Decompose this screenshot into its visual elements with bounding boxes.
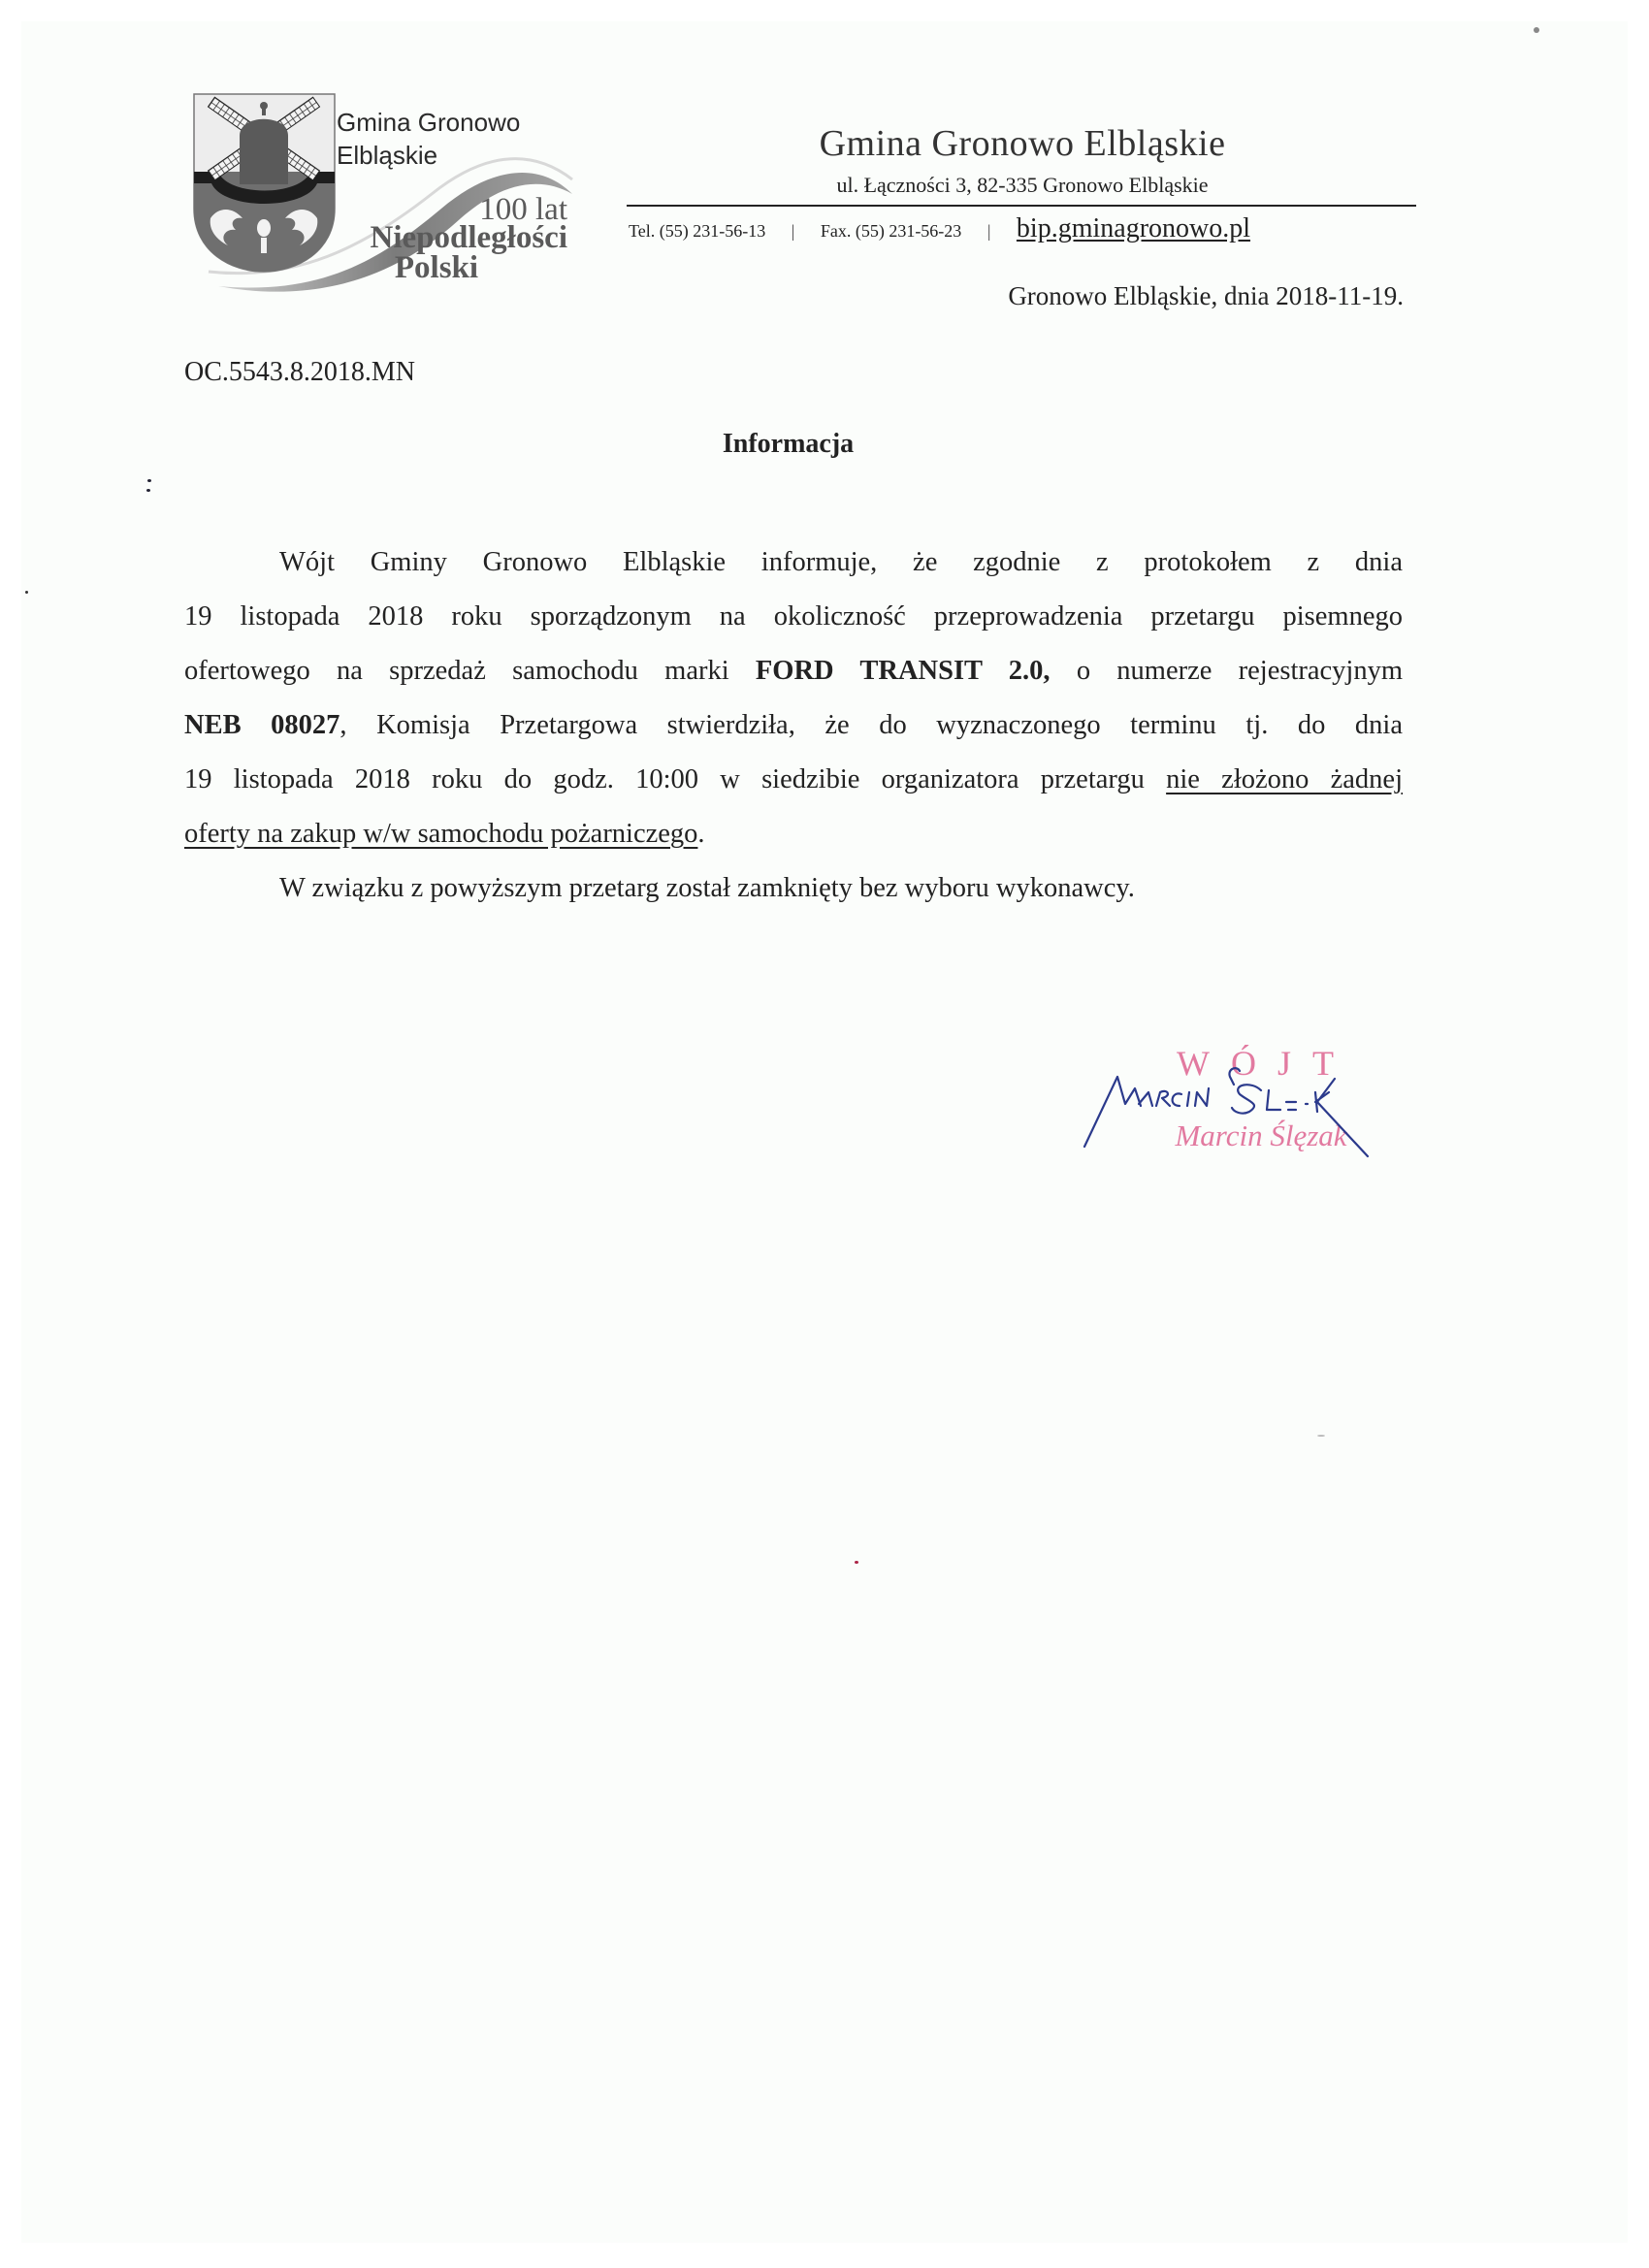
registration-number: NEB 08027 xyxy=(184,710,339,740)
body-text: ofertowego na sprzedaż samochodu marki xyxy=(184,656,729,686)
separator: | xyxy=(792,221,795,242)
key-statement-part-2: oferty na zakup w/w samochodu pożarnicze… xyxy=(184,819,697,849)
document-date: Gronowo Elbląskie, dnia 2018-11-19. xyxy=(1008,281,1404,311)
separator: | xyxy=(987,221,991,242)
letterhead-contacts: Tel. (55) 231-56-13 | Fax. (55) 231-56-2… xyxy=(629,213,1420,244)
website-link[interactable]: bip.gminagronowo.pl xyxy=(1017,213,1250,244)
scan-speck xyxy=(1317,1435,1325,1437)
paragraph-1: Wójt Gminy Gronowo Elbląskie informuje, … xyxy=(184,535,1403,861)
body-text: o numerze rejestracyjnym xyxy=(1077,656,1403,686)
body-text: . xyxy=(697,819,704,849)
scan-speck xyxy=(25,591,28,594)
body-text: 19 listopada 2018 roku do godz. 10:00 w … xyxy=(184,764,1145,794)
logo-name-line-1: Gmina Gronowo xyxy=(337,106,569,139)
logo-municipality-name: Gmina Gronowo Elbląskie xyxy=(337,106,569,172)
body-line: oferty na zakup w/w samochodu pożarnicze… xyxy=(184,807,1403,861)
body-line: 19 listopada 2018 roku sporządzonym na o… xyxy=(184,590,1403,644)
logo-anniversary-line-3: Polski xyxy=(373,251,500,284)
letterhead-address: ul. Łączności 3, 82-335 Gronowo Elbląski… xyxy=(629,173,1416,198)
scan-speck xyxy=(855,1561,858,1564)
vehicle-model: FORD TRANSIT 2.0, xyxy=(756,656,1051,686)
scan-speck xyxy=(1534,27,1539,33)
letterhead-title: Gmina Gronowo Elbląskie xyxy=(629,122,1416,165)
logo-anniversary-line-2: Niepodległości xyxy=(359,221,567,254)
scan-speck xyxy=(146,489,150,492)
scan-speck xyxy=(147,479,151,482)
municipality-logo: Gmina Gronowo Elbląskie 100 lat Niepodle… xyxy=(189,92,577,306)
fax-number: Fax. (55) 231-56-23 xyxy=(821,221,961,242)
document-body: Wójt Gminy Gronowo Elbląskie informuje, … xyxy=(184,535,1403,916)
letterhead-divider xyxy=(627,205,1416,207)
logo-name-line-2: Elbląskie xyxy=(337,139,569,172)
body-text: , Komisja Przetargowa stwierdziła, że do… xyxy=(339,710,1403,740)
body-line: 19 listopada 2018 roku do godz. 10:00 w … xyxy=(184,753,1403,807)
document-title: Informacja xyxy=(0,429,1576,460)
body-line: W związku z powyższym przetarg został za… xyxy=(184,861,1403,916)
phone-number: Tel. (55) 231-56-13 xyxy=(629,221,765,242)
body-line: Wójt Gminy Gronowo Elbląskie informuje, … xyxy=(184,535,1403,590)
reference-number: OC.5543.8.2018.MN xyxy=(184,357,415,388)
handwritten-signature-icon xyxy=(1067,1028,1436,1174)
paragraph-2: W związku z powyższym przetarg został za… xyxy=(184,861,1403,916)
body-line: NEB 08027, Komisja Przetargowa stwierdzi… xyxy=(184,698,1403,753)
body-line: ofertowego na sprzedaż samochodu marki F… xyxy=(184,644,1403,698)
key-statement-part-1: nie złożono żadnej xyxy=(1166,764,1403,794)
signature-stamp: WÓJT Marcin Ślęzak xyxy=(1067,1028,1436,1174)
